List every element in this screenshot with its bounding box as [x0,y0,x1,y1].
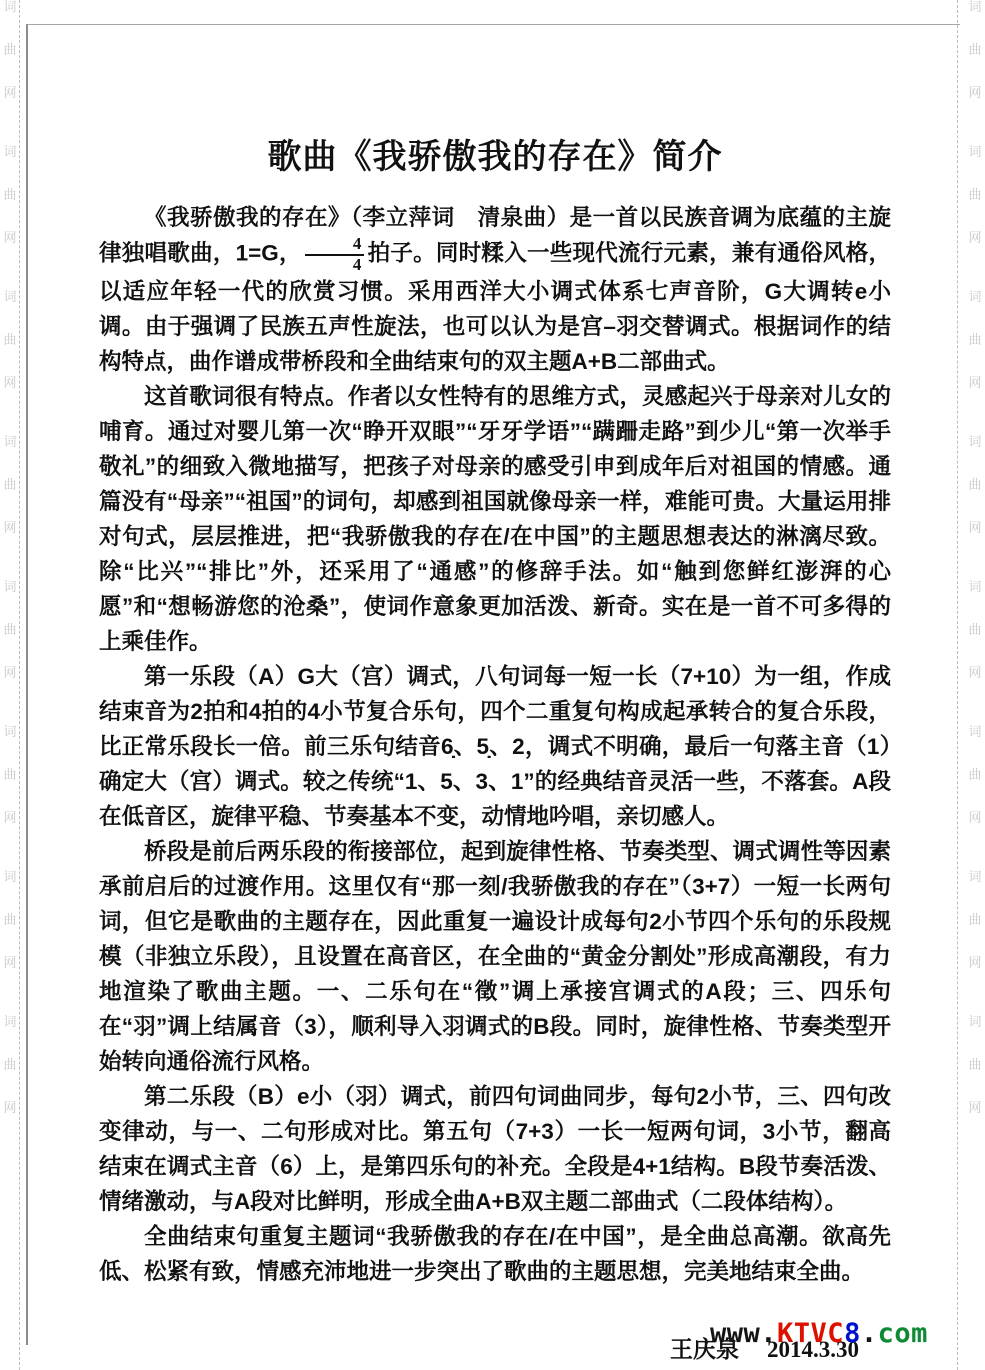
logo-part: www. [710,1318,777,1349]
watermark-char: 曲 [1,768,19,781]
watermark-char: 词 [1,1015,19,1028]
watermark-text-group: 词曲网 [1,290,19,389]
watermark-char: 词 [966,580,984,593]
watermark-char: 网 [966,376,984,389]
watermark-char: 曲 [966,1058,984,1071]
watermark-char: 网 [966,86,984,99]
watermark-text-group: 词曲网 [1,580,19,679]
document-page: { "page": { "title": "歌曲《我骄傲我的存在》简介" }, … [0,0,985,1370]
watermark-text-group: 词曲网 [966,580,984,679]
watermark-char: 网 [966,811,984,824]
logo-part: KTVC [777,1318,844,1349]
watermark-char: 网 [1,86,19,99]
watermark-text-group: 词曲网 [1,725,19,824]
logo-part: com [878,1318,928,1349]
paragraph-4: 桥段是前后两乐段的衔接部位，起到旋律性格、节奏类型、调式调性等因素承前启后的过渡… [99,834,891,1079]
watermark-text-group: 词曲网 [966,435,984,534]
watermark-char: 词 [1,0,19,13]
watermark-char: 词 [966,1015,984,1028]
paragraph-2: 这首歌词很有特点。作者以女性特有的思维方式，灵感起兴于母亲对儿女的哺育。通过对婴… [99,379,891,659]
paragraph-3: 第一乐段（A）G大（宫）调式，八句词每一短一长（7+10）为一组，作成结束音为2… [99,659,891,834]
watermark-text-group: 词曲网 [1,1015,19,1114]
side-watermark-right: 词曲网词曲网词曲网词曲网词曲网词曲网词曲网词曲网 [966,0,984,1370]
watermark-char: 网 [966,666,984,679]
watermark-char: 词 [1,580,19,593]
watermark-char: 网 [966,521,984,534]
time-signature-denominator: 4 [305,256,365,275]
watermark-char: 网 [1,521,19,534]
watermark-char: 曲 [966,768,984,781]
paragraph-5: 第二乐段（B）e小（羽）调式，前四句词曲同步，每句2小节，三、四句改变律动，与一… [99,1079,891,1219]
watermark-char: 曲 [966,43,984,56]
logo-part: . [861,1318,878,1349]
watermark-char: 网 [1,376,19,389]
watermark-text-group: 词曲网 [966,0,984,99]
watermark-text-group: 词曲网 [1,0,19,99]
watermark-char: 曲 [966,478,984,491]
watermark-char: 曲 [1,1058,19,1071]
watermark-text-group: 词曲网 [966,725,984,824]
watermark-char: 词 [1,290,19,303]
watermark-char: 网 [1,231,19,244]
watermark-char: 曲 [1,333,19,346]
time-signature-numerator: 4 [305,235,365,256]
watermark-char: 曲 [1,478,19,491]
watermark-text-group: 词曲网 [1,145,19,244]
watermark-text-group: 词曲网 [1,435,19,534]
watermark-char: 曲 [1,623,19,636]
watermark-text-group: 词曲网 [966,870,984,969]
watermark-char: 曲 [966,333,984,346]
watermark-char: 词 [1,145,19,158]
watermark-char: 词 [966,0,984,13]
side-watermark-left: 词曲网词曲网词曲网词曲网词曲网词曲网词曲网词曲网 [1,0,19,1370]
watermark-char: 网 [1,1101,19,1114]
watermark-char: 网 [966,231,984,244]
watermark-logo: www.KTVC8.com [710,1318,928,1349]
paragraph-1: 《我骄傲我的存在》（李立萍词 清泉曲）是一首以民族音调为底蕴的主旋律独唱歌曲，1… [99,200,891,379]
document-content: 歌曲《我骄傲我的存在》简介 《我骄傲我的存在》（李立萍词 清泉曲）是一首以民族音… [99,0,891,1364]
time-signature-fraction: 44 [305,235,365,274]
watermark-char: 词 [966,725,984,738]
watermark-text-group: 词曲网 [966,290,984,389]
watermark-char: 词 [966,290,984,303]
logo-part: 8 [844,1318,861,1349]
watermark-char: 曲 [1,188,19,201]
watermark-char: 网 [966,956,984,969]
watermark-char: 网 [1,956,19,969]
document-title: 歌曲《我骄傲我的存在》简介 [99,136,891,178]
watermark-char: 词 [1,435,19,448]
watermark-divider-right [957,0,958,1370]
watermark-char: 网 [966,1101,984,1114]
document-body: 《我骄傲我的存在》（李立萍词 清泉曲）是一首以民族音调为底蕴的主旋律独唱歌曲，1… [99,200,891,1289]
watermark-char: 词 [966,870,984,883]
watermark-char: 曲 [1,913,19,926]
watermark-text-group: 词曲网 [966,1015,984,1114]
watermark-char: 曲 [1,43,19,56]
watermark-char: 网 [1,811,19,824]
watermark-text-group: 词曲网 [966,145,984,244]
watermark-char: 网 [1,666,19,679]
watermark-text-group: 词曲网 [1,870,19,969]
watermark-char: 词 [966,435,984,448]
watermark-char: 词 [1,725,19,738]
watermark-divider-left [19,0,20,1370]
watermark-char: 曲 [966,188,984,201]
watermark-char: 词 [1,870,19,883]
watermark-char: 曲 [966,623,984,636]
paragraph-6: 全曲结束句重复主题词“我骄傲我的存在/在中国”，是全曲总高潮。欲高先低、松紧有致… [99,1219,891,1289]
watermark-char: 词 [966,145,984,158]
watermark-char: 曲 [966,913,984,926]
